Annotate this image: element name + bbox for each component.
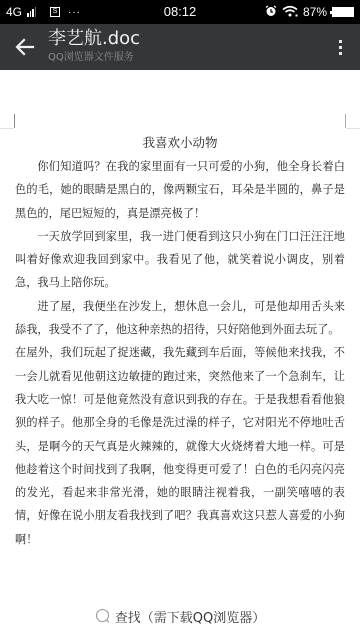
status-bar: 4G S ··· 08:12 87% — [0, 0, 360, 24]
find-label: 查找（需下载QQ浏览器） — [115, 607, 265, 626]
file-subtitle: QQ浏览器文件服务 — [48, 51, 134, 65]
page-margin-mark-left — [14, 114, 15, 128]
file-title: 李艺航.doc — [48, 28, 140, 50]
wifi-icon — [282, 5, 298, 20]
battery-percent: 87% — [303, 5, 327, 19]
app-bar: 李艺航.doc QQ浏览器文件服务 — [0, 24, 360, 70]
page-margin-mark-right — [345, 114, 346, 128]
page-margin-line-right — [346, 128, 360, 129]
more-vertical-icon — [339, 40, 342, 43]
status-bar-right: 87% — [265, 0, 354, 24]
search-icon — [95, 608, 111, 624]
find-button[interactable]: 查找（需下载QQ浏览器） — [0, 602, 360, 630]
paragraph: 进了屋，我便坐在沙发上，想休息一会儿，可是他却用舌头来舔我，我受不了了，他这种亲… — [15, 295, 345, 342]
arrow-left-icon — [15, 38, 35, 56]
paragraph: 在屋外，我们玩起了捉迷藏，我先藏到车后面，等候他来找我，不一会儿就看见他朝这边敏… — [15, 341, 345, 551]
document-body: 你们知道吗？在我的家里面有一只可爱的小狗，他全身长着白色的毛，她的眼睛是黑白的，… — [15, 155, 345, 551]
document-viewer[interactable]: 我喜欢小动物 你们知道吗？在我的家里面有一只可爱的小狗，他全身长着白色的毛，她的… — [0, 70, 360, 640]
page-margin-line-left — [0, 128, 14, 129]
paragraph: 一天放学回到家里，我一进门便看到这只小狗在门口汪汪汪地叫着好像欢迎我回到家中。我… — [15, 225, 345, 295]
paragraph: 你们知道吗？在我的家里面有一只可爱的小狗，他全身长着白色的毛，她的眼睛是黑白的，… — [15, 155, 345, 225]
more-options-button[interactable] — [330, 32, 350, 62]
battery-icon — [332, 7, 354, 17]
alarm-icon — [265, 5, 277, 20]
document-heading: 我喜欢小动物 — [0, 133, 360, 153]
back-button[interactable] — [10, 32, 40, 62]
